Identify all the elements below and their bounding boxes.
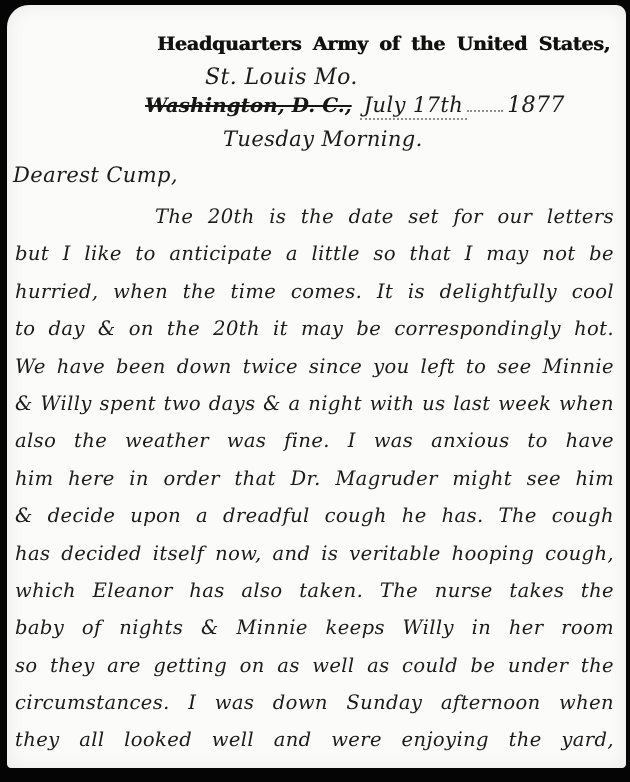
body-line: baby of nights & Minnie keeps Willy in h… — [15, 609, 614, 646]
body-line: & decide upon a dreadful cough he has. T… — [15, 497, 614, 534]
printed-place-strikethrough: Washington, D. C., — [145, 93, 352, 117]
body-line: The 20th is the date set for our letters — [15, 198, 614, 235]
salutation: Dearest Cump, — [13, 163, 178, 187]
dateline: Washington, D. C., July 17th 1877 — [145, 93, 565, 120]
body-line: to day & on the 20th it may be correspon… — [15, 310, 614, 347]
body-line: also the weather was fine. I was anxious… — [15, 422, 614, 459]
body-line: hurried, when the time comes. It is deli… — [15, 273, 614, 310]
body-line: which Eleanor has also taken. The nurse … — [15, 572, 614, 609]
body-line: they all looked well and were enjoying t… — [15, 721, 614, 758]
day-line: Tuesday Morning. — [223, 127, 423, 151]
letterhead-title: Headquarters Army of the United States, — [157, 33, 610, 55]
handwritten-date: July 17th — [360, 93, 467, 120]
year: 1877 — [503, 93, 565, 118]
body-line: so they are getting on as well as could … — [15, 647, 614, 684]
scan-background: Headquarters Army of the United States, … — [0, 0, 630, 782]
body-line: circumstances. I was down Sunday afterno… — [15, 684, 614, 721]
letter-page: Headquarters Army of the United States, … — [7, 5, 626, 768]
body-line: We have been down twice since you left t… — [15, 348, 614, 385]
body-line: him here in order that Dr. Magruder migh… — [15, 460, 614, 497]
body-line: has decided itself now, and is veritable… — [15, 535, 614, 572]
dotted-rule — [467, 94, 503, 112]
body-line: & Willy spent two days & a night with us… — [15, 385, 614, 422]
handwritten-place: St. Louis Mo. — [205, 65, 358, 90]
letter-body: The 20th is the date set for our letters… — [15, 198, 614, 759]
body-line: but I like to anticipate a little so tha… — [15, 235, 614, 272]
